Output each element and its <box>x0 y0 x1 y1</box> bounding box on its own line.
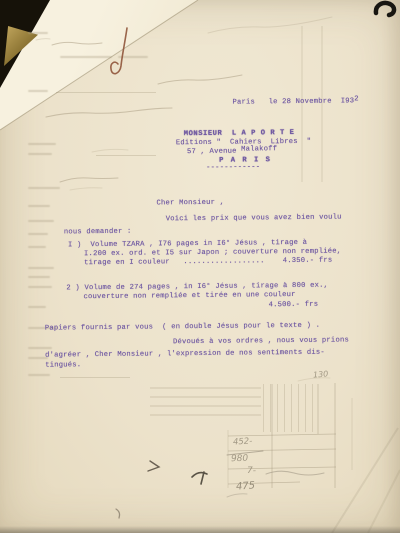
pencil-calc-1: 452- <box>233 437 253 448</box>
pencil-calc-3: 7- <box>247 466 256 476</box>
closing-line-1: Dévoués à vos ordres , nous vous prions <box>173 336 349 346</box>
pencil-note-130: 130 <box>313 369 329 379</box>
quote-item-2-line-2: couverture non rempliée et tirée en une … <box>83 291 295 301</box>
recipient-name: MONSIEUR L A P O R T E <box>184 129 295 138</box>
intro-line-1: Voici les prix que vous avez bien voulu <box>166 214 342 224</box>
salutation: Cher Monsieur , <box>156 199 224 208</box>
recipient-street: 57 , Avenue Malakoff <box>187 147 277 156</box>
letter-scan: Paris le 28 Novembre I932 MONSIEUR L A P… <box>0 0 400 533</box>
scan-bottom-shadow <box>0 526 400 533</box>
pencil-calc-total: 475 <box>236 480 256 492</box>
quote-item-2-price: 4.500.- frs <box>269 301 319 310</box>
dateline: Paris le 28 Novembre I932 <box>232 97 358 106</box>
quote-item-1-line-3-price: tirage en I couleur .................. 4… <box>84 257 332 268</box>
closing-line-3: tingués. <box>45 361 81 369</box>
papers-note: Papiers fournis par vous ( en double Jés… <box>45 322 320 333</box>
typewritten-text: Paris le 28 Novembre I932 MONSIEUR L A P… <box>0 0 400 533</box>
dateline-superscript: 2 <box>354 95 359 103</box>
pencil-calc-2: 980 <box>231 454 249 465</box>
recipient-underline: ------------ <box>206 163 260 172</box>
closing-line-2: d'agréer , Cher Monsieur , l'expression … <box>45 349 325 360</box>
intro-line-2: nous demander : <box>64 228 132 237</box>
